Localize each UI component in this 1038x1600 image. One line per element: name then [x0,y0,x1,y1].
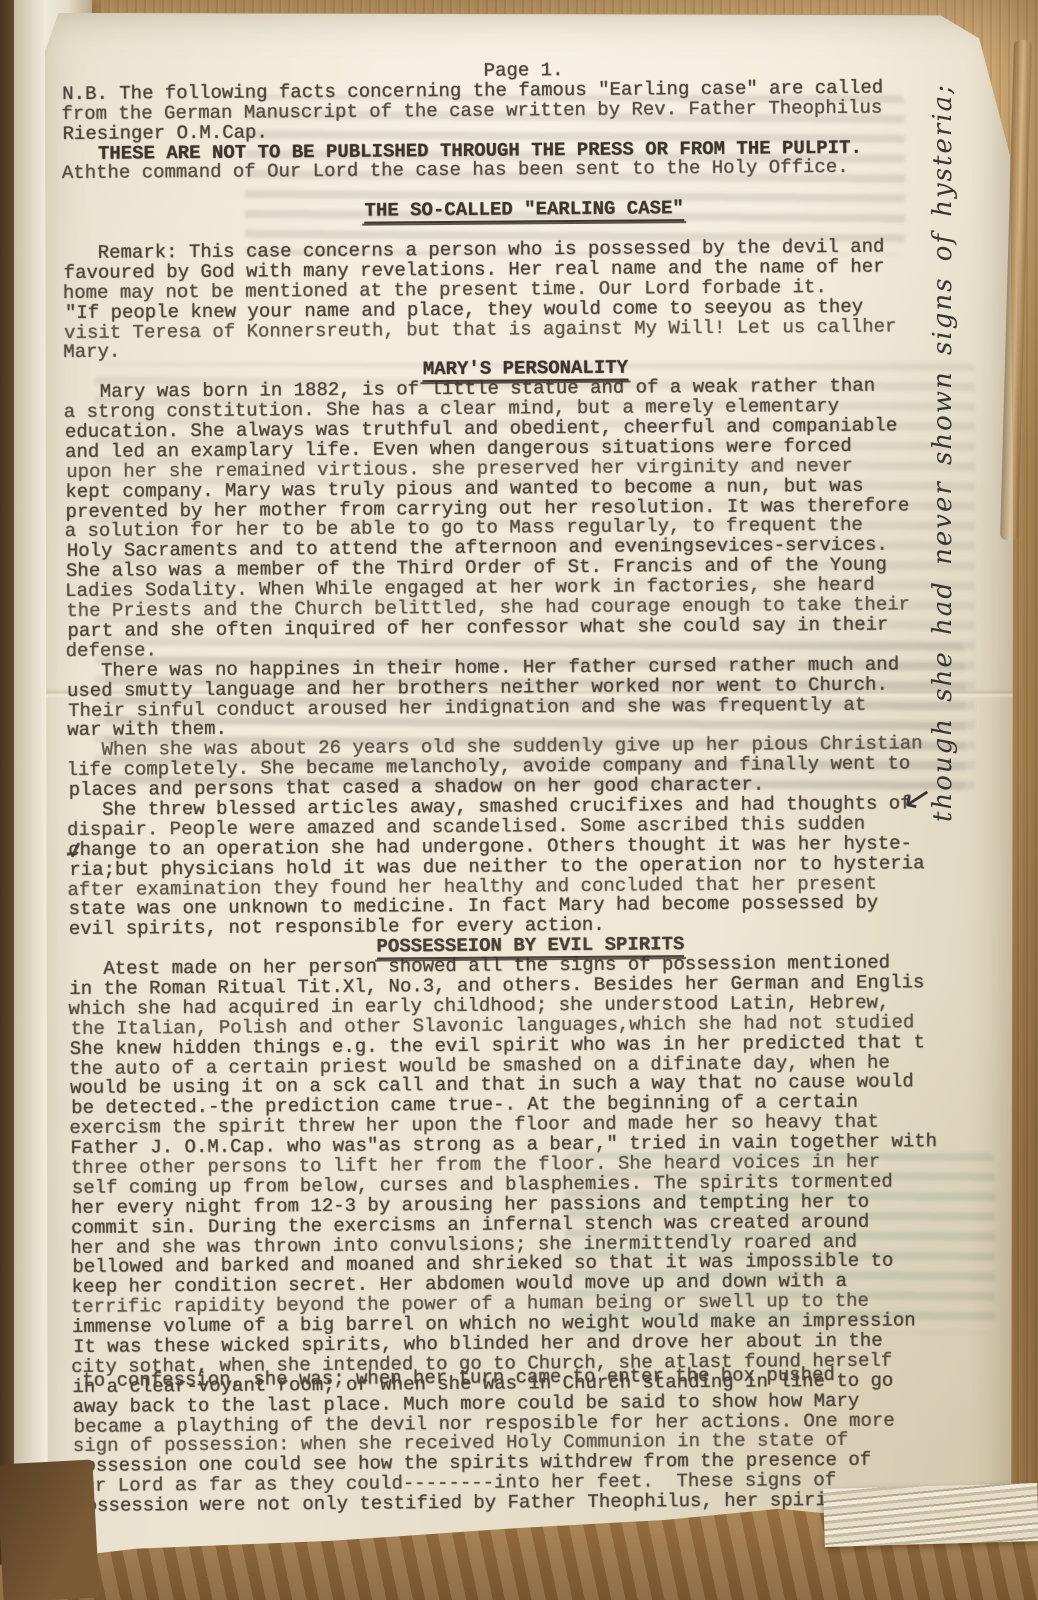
stacked-page-edges [823,1483,1038,1547]
cardboard-corner-piece [0,1460,100,1600]
handwritten-margin-note: though she had never shown signs of hyst… [928,122,968,822]
photographed-manuscript: Page 1.N.B. The following facts concerni… [0,0,1038,1600]
manuscript-page: Page 1.N.B. The following facts concerni… [45,13,1013,1600]
typed-text: Page 1.N.B. The following facts concerni… [62,58,995,1517]
margin-note-text: though she had never shown signs of hyst… [928,83,958,822]
